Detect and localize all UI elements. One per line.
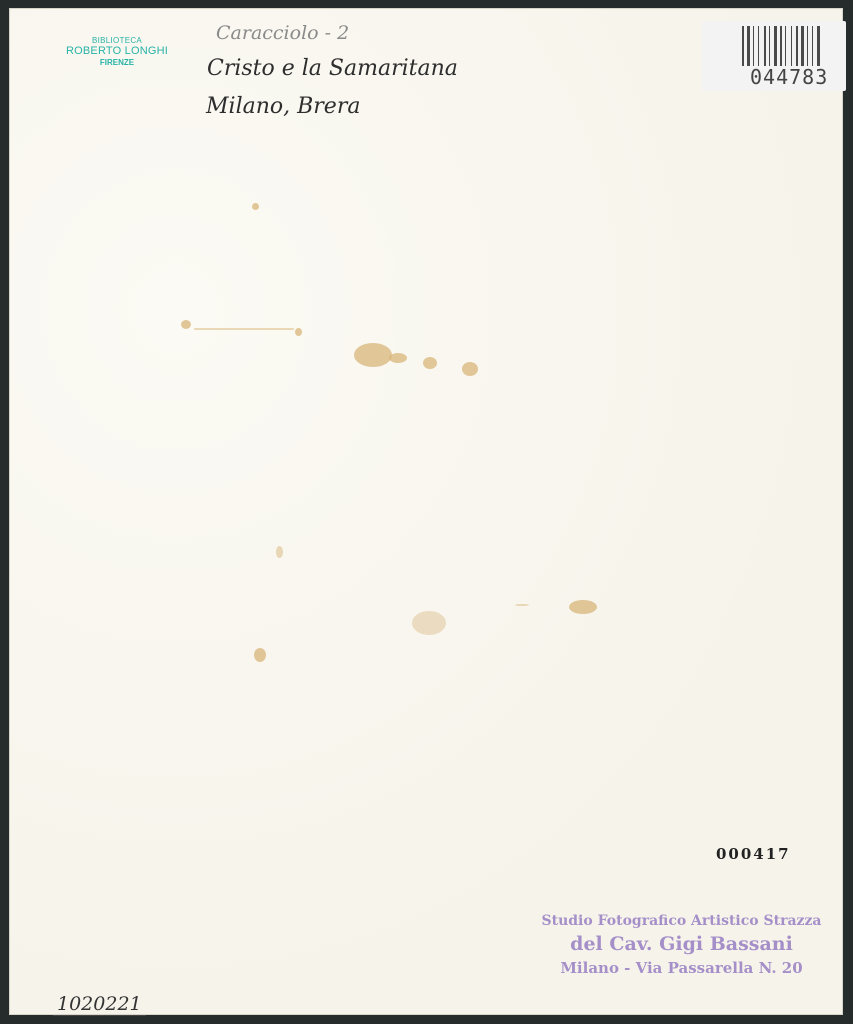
photo-back-card: BIBLIOTECA ROBERTO LONGHI FIRENZE Caracc… — [9, 8, 843, 1015]
handwritten-location: Milano, Brera — [206, 94, 360, 119]
stain — [254, 648, 266, 662]
stain — [462, 362, 478, 376]
stain — [569, 600, 597, 614]
library-stamp-line3: FIRENZE — [57, 58, 177, 67]
studio-stamp-line1: Studio Fotografico Artistico Strazza — [529, 913, 834, 929]
stain — [389, 353, 407, 363]
library-stamp-line2: ROBERTO LONGHI — [57, 45, 177, 58]
barcode-number: 044783 — [750, 65, 828, 89]
handwritten-artist: Caracciolo - 2 — [216, 22, 349, 44]
stain — [354, 343, 392, 367]
stain — [181, 320, 191, 329]
stain — [276, 546, 283, 558]
stain — [412, 611, 446, 635]
stain — [515, 604, 529, 606]
handwritten-title: Cristo e la Samaritana — [207, 56, 458, 81]
studio-stamp: Studio Fotografico Artistico Strazza del… — [529, 913, 834, 977]
stain — [295, 328, 302, 336]
studio-stamp-line3: Milano - Via Passarella N. 20 — [529, 959, 834, 977]
studio-stamp-line2: del Cav. Gigi Bassani — [529, 933, 834, 955]
stain — [423, 357, 437, 369]
barcode-label: 044783 — [702, 21, 846, 91]
library-stamp-line1: BIBLIOTECA — [57, 36, 177, 45]
library-stamp: BIBLIOTECA ROBERTO LONGHI FIRENZE — [57, 36, 177, 67]
barcode-icon — [742, 26, 832, 66]
stain — [252, 203, 259, 210]
serial-number: 000417 — [716, 845, 791, 863]
stain — [194, 328, 294, 330]
inventory-number: 1020221 — [53, 993, 146, 1016]
